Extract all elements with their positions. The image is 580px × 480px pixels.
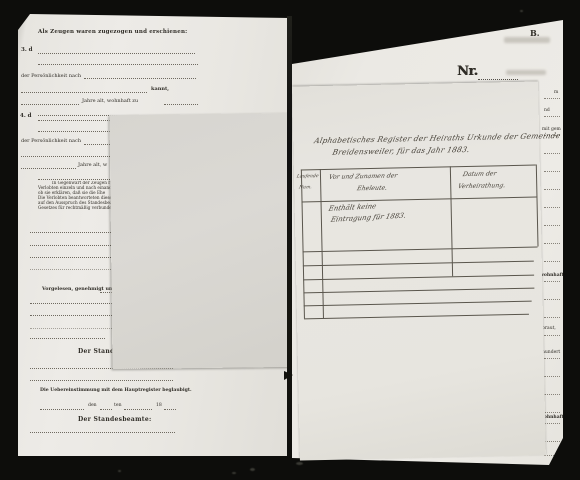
col-header-names-1: Vor und Zunamen der [328,172,398,180]
register-title-line1: Alphabetisches Register der Heiraths Urk… [313,131,561,145]
dotted-line [30,380,173,381]
dotted-line [38,179,114,180]
beglaubigt-line: Die Uebereinstimmung mit dem Hauptregist… [40,388,192,393]
dotted-line [21,168,76,169]
dotted-line [544,317,560,318]
blank-overlay-card [109,113,293,369]
table-line [320,169,324,318]
dotted-line [30,257,111,258]
dotted-line [544,412,560,413]
dotted-line [544,441,560,442]
item4-label: 4. d [20,113,32,119]
alphabetical-register-page: Alphabetisches Register der Heiraths Urk… [292,81,546,460]
dotted-line [38,131,114,132]
witness-heading: Als Zeugen waren zugezogen und erschiene… [38,29,187,35]
kannt-suffix: kannt, [151,86,169,92]
dotted-line [544,225,560,226]
dotted-line [544,153,560,154]
margin-fragment: braut, [542,326,556,331]
dotted-line [30,245,111,246]
col-header-date-1: Datum der [462,170,497,178]
col-header-laufende: Laufende [296,174,319,179]
dotted-line [544,189,560,190]
dotted-line [21,92,147,93]
margin-fragment: wohnhaft [540,273,564,278]
persoenlichkeit-label-3: der Persönlichkeit nach [21,73,81,79]
dotted-line [544,423,560,424]
dotted-line [544,243,560,244]
item3-label: 3. d [21,47,33,53]
register-entry-line2: Eintragung für 1883. [330,212,407,224]
dotted-line [544,207,560,208]
col-header-names-2: Eheleute. [356,185,387,193]
table-line [303,261,534,267]
dotted-line [100,409,112,410]
dotted-line [38,120,114,121]
dotted-line [544,376,560,377]
ceremony-paragraph: In Gegenwart der Zeugen ri Verlobten ein… [38,181,115,210]
film-speck [232,472,236,474]
microfilm-scan-viewport: Als Zeugen waren zugezogen und erschiene… [0,0,580,480]
jahre-cut-label: Jahre alt, w [78,162,107,168]
film-speck [520,10,523,12]
date-ten-label: ten [114,403,122,408]
date-year-prefix: 18 [156,403,162,408]
table-line [304,314,529,320]
persoenlichkeit-label-4: der Persönlichkeit nach [21,138,81,144]
table-line [301,169,305,318]
register-title-line2: Breidensweiler, für das Jahr 1883. [332,145,471,157]
page-gutter-shadow [287,16,292,456]
dotted-line [30,315,112,316]
dotted-line [544,455,560,456]
margin-fragment: m [554,90,558,95]
dotted-line [38,64,198,65]
table-line [303,247,538,253]
margin-fragment: nd [544,108,550,113]
margin-fragment: hundert [542,350,560,355]
dotted-line [544,261,560,262]
jahre-wohnhaft-label-3: Jahre alt, wohnhaft zu [82,98,138,104]
dotted-line [164,104,198,105]
register-entry-line1: Enthält keine [328,202,377,213]
dotted-line [100,292,112,293]
dotted-line [21,156,114,157]
dotted-line [544,116,560,117]
table-line [450,166,453,276]
dotted-line [544,394,560,395]
date-den-label: den [88,403,97,408]
col-header-num: Num. [298,185,312,190]
dotted-line [30,269,111,270]
dotted-line [544,335,560,336]
table-line [303,275,534,281]
dotted-line [164,409,176,410]
standesbeamte-signature-label: Der Standesbeamte: [78,416,151,423]
table-line [304,301,532,307]
dotted-line [544,358,560,359]
table-line [302,197,537,203]
dotted-line [30,338,105,339]
film-speck [296,462,303,465]
dotted-line [30,232,111,233]
dotted-line [544,98,560,99]
dotted-line [544,281,560,282]
dotted-line [30,328,112,329]
film-marker-triangle [284,371,293,380]
film-speck [250,468,255,471]
table-line [536,165,539,247]
dotted-line [124,409,152,410]
dotted-line [544,299,560,300]
dotted-line [21,104,79,105]
film-speck [118,470,121,472]
table-line [301,165,536,171]
dotted-line [30,432,175,433]
paragraph-line: Gesetzes für rechtmäßig verbundene E [38,206,115,211]
dotted-line [84,78,196,79]
dotted-line [40,409,84,410]
table-line [303,288,534,294]
dotted-line [544,171,560,172]
col-header-date-2: Verheirathung. [457,182,506,190]
dotted-line [30,303,112,304]
dotted-line [38,53,195,54]
